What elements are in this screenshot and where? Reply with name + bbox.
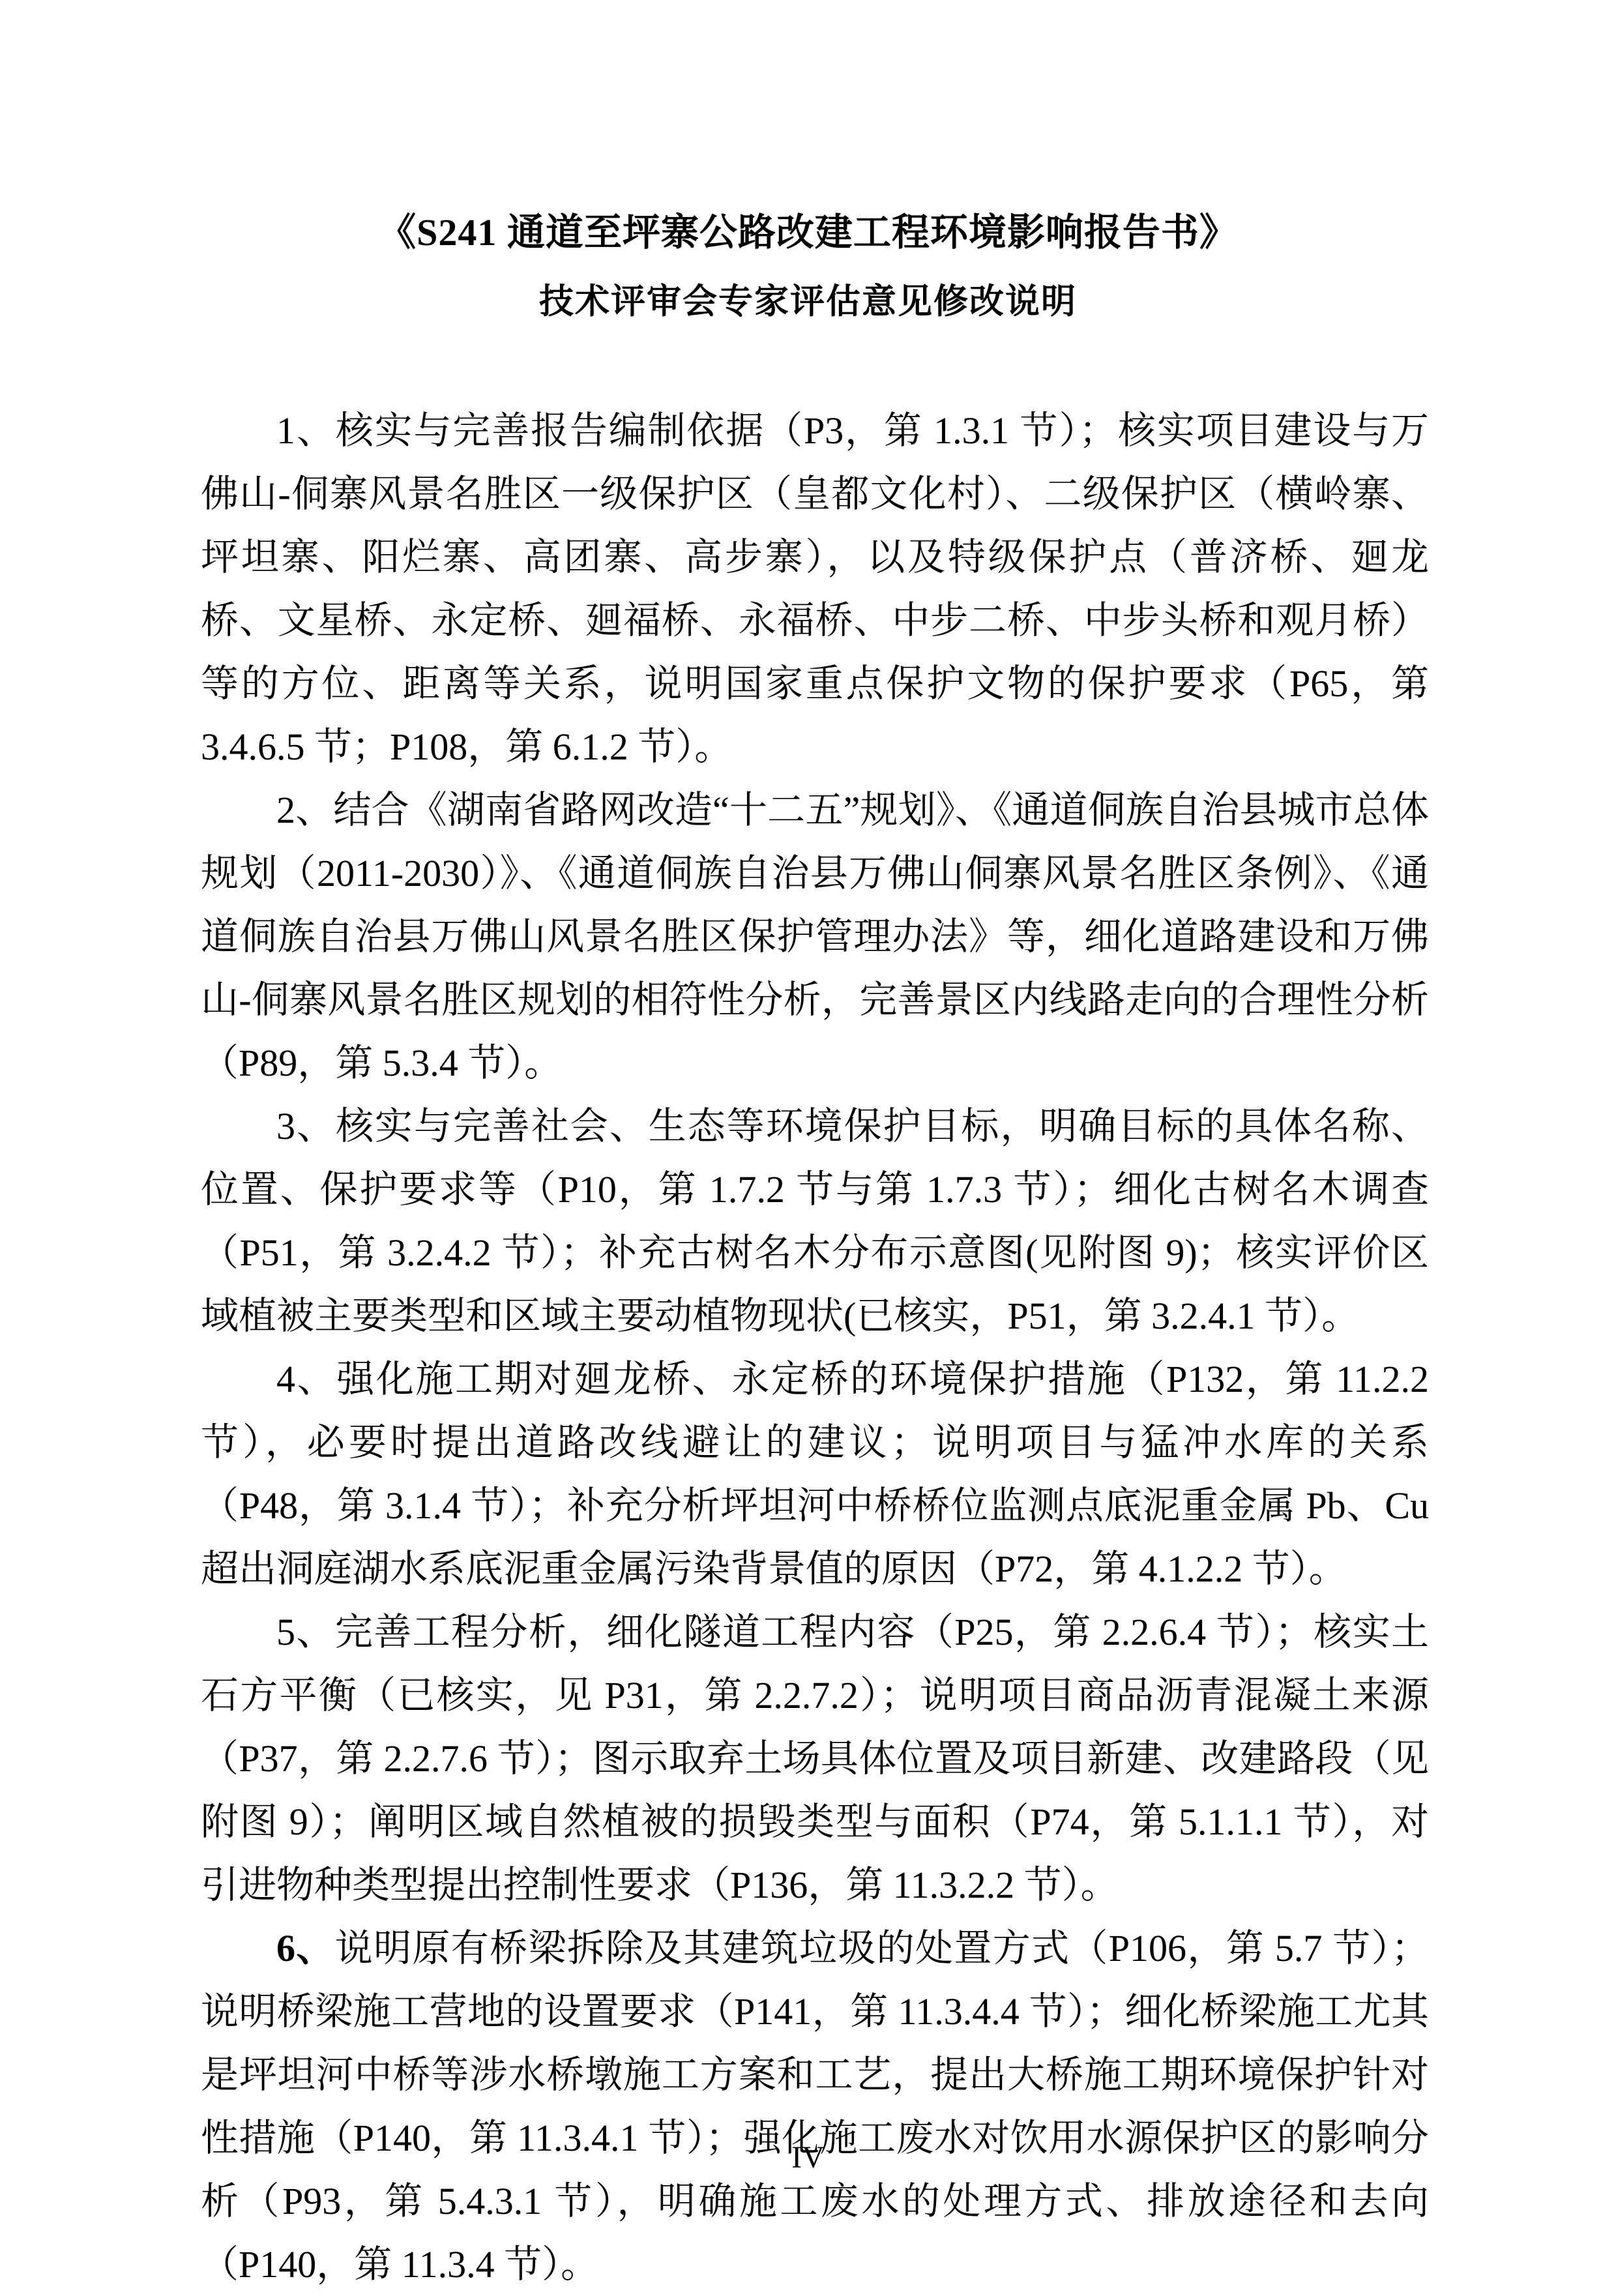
doc-title-line1: 《S241 通道至坪寨公路改建工程环境影响报告书》 xyxy=(0,210,1616,256)
paragraph-number: 1、 xyxy=(276,409,336,452)
paragraph-text: 说明原有桥梁拆除及其建筑垃圾的处置方式（P106，第 5.7 节）；说明桥梁施工… xyxy=(201,1927,1429,2286)
paragraph: 1、核实与完善报告编制依据（P3，第 1.3.1 节）；核实项目建设与万佛山-侗… xyxy=(201,399,1429,778)
paragraph-number: 4、 xyxy=(276,1358,336,1400)
document-page: 《S241 通道至坪寨公路改建工程环境影响报告书》 技术评审会专家评估意见修改说… xyxy=(0,0,1616,2287)
paragraph-number: 5、 xyxy=(276,1611,335,1653)
paragraph-number: 6、 xyxy=(276,1927,335,1969)
paragraph-text: 强化施工期对廻龙桥、永定桥的环境保护措施（P132，第 11.2.2 节），必要… xyxy=(201,1358,1429,1590)
paragraph-text: 结合《湖南省路网改造“十二五”规划》、《通道侗族自治县城市总体规划（2011-2… xyxy=(201,789,1429,1084)
paragraph-text: 完善工程分析，细化隧道工程内容（P25，第 2.2.6.4 节）；核实土石方平衡… xyxy=(201,1611,1429,1906)
paragraph-number: 2、 xyxy=(276,789,333,831)
doc-title-line2: 技术评审会专家评估意见修改说明 xyxy=(0,280,1616,323)
paragraph: 6、说明原有桥梁拆除及其建筑垃圾的处置方式（P106，第 5.7 节）；说明桥梁… xyxy=(201,1917,1429,2296)
paragraph-text: 核实与完善社会、生态等环境保护目标，明确目标的具体名称、位置、保护要求等（P10… xyxy=(201,1105,1429,1337)
page-number: IV xyxy=(0,2140,1616,2176)
paragraph: 5、完善工程分析，细化隧道工程内容（P25，第 2.2.6.4 节）；核实土石方… xyxy=(201,1600,1429,1917)
paragraph: 2、结合《湖南省路网改造“十二五”规划》、《通道侗族自治县城市总体规划（2011… xyxy=(201,778,1429,1095)
paragraph: 4、强化施工期对廻龙桥、永定桥的环境保护措施（P132，第 11.2.2 节），… xyxy=(201,1347,1429,1600)
paragraph-text: 核实与完善报告编制依据（P3，第 1.3.1 节）；核实项目建设与万佛山-侗寨风… xyxy=(201,409,1429,768)
paragraph-number: 3、 xyxy=(276,1105,336,1147)
paragraph: 3、核实与完善社会、生态等环境保护目标，明确目标的具体名称、位置、保护要求等（P… xyxy=(201,1095,1429,1347)
document-body: 1、核实与完善报告编制依据（P3，第 1.3.1 节）；核实项目建设与万佛山-侗… xyxy=(201,399,1429,2296)
